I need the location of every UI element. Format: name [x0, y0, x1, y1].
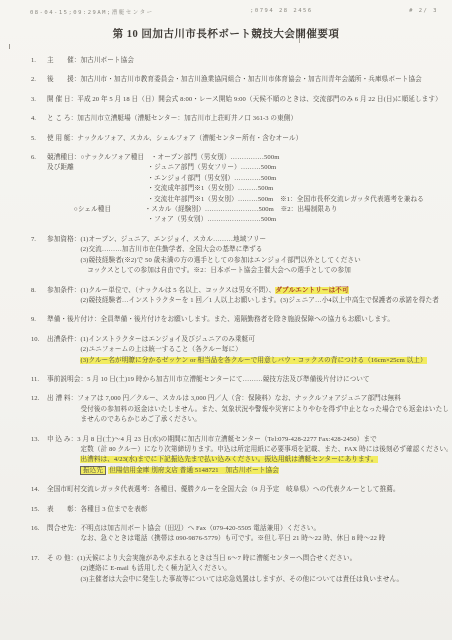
item-line: 問合せ先：不明点は加古川ボート協会（田辺）へ Fax（079-420-5505 …	[47, 524, 448, 534]
item-number: 1.	[31, 56, 36, 66]
item-number: 10.	[31, 335, 39, 345]
item-line: 振込先 但陽信用金庫 別府支店 普通 5148721 加古川ボート協会	[47, 466, 448, 476]
item-text: ・交流成年部門※1（男女別）………500m	[47, 185, 273, 192]
highlighted-text: (3)クルー名が明瞭に分かるゼッケン or 相当品を各クルーで用意しバウ・コック…	[80, 357, 426, 364]
highlighted-text: 出漕料は、4/23(水)までに下記振込先まで払い込みください。振込用紙は漕艇セン…	[80, 456, 377, 463]
list-item: 11.事前説明会：5 月 10 日(土)19 時から加古川市立漕艇センターにて……	[0, 375, 448, 385]
item-text	[47, 456, 80, 463]
item-line: 受付後の参加料の返金はいたしません。また、気象状況や警報や災害によりやむを得ず中…	[47, 405, 448, 415]
list-item: 13.申 込 み：3 月 8 日(土)～4 月 23 日(水)の期間に加古川市立…	[0, 435, 448, 477]
item-line: 準備・後片付け：全員準備・後片付けをお願いします。また、遠隔勤務者を除き施設保障…	[47, 315, 448, 325]
item-text: 競漕種目：○ナックルフォア種目 ・オープン部門（男女別）……………500m	[47, 154, 279, 161]
item-number: 16.	[31, 524, 39, 534]
item-line: 参加条件：(1)クルー単位で、（ナックルは 5 名以上、コックスは男女不問）、ダ…	[47, 286, 448, 296]
item-text: (2)交流………加古川市在住勤学者、全国大会の基準に準ずる	[47, 246, 263, 253]
item-line: (3)クルー名が明瞭に分かるゼッケン or 相当品を各クルーで用意しバウ・コック…	[47, 356, 448, 366]
item-line: 開 催 日：平成 20 年 5 月 18 日（日）開会式 8:00・レース開始 …	[47, 95, 448, 105]
item-text: 開 催 日：平成 20 年 5 月 18 日（日）開会式 8:00・レース開始 …	[47, 96, 442, 103]
item-text: 及び距離 ・ジュニア部門（男女フリー）………500m	[47, 164, 276, 171]
fax-header: 08-04-15;09:29AM;漕艇センター ;0794 28 2456 # …	[0, 8, 452, 16]
item-number: 13.	[31, 435, 39, 445]
document-page: 08-04-15;09:29AM;漕艇センター ;0794 28 2456 # …	[0, 0, 452, 640]
item-text: 後 援：加古川市・加古川市教育委員会・加古川漁業協同組合・加古川市体育協会・加古…	[47, 76, 422, 83]
item-number: 9.	[31, 315, 36, 325]
page-title: 第 10 回加古川市長杯ボート競技大会開催要項	[0, 26, 452, 41]
highlighted-text: 但陽信用金庫 別府支店 普通 5148721 加古川ボート協会	[108, 467, 279, 474]
list-item: 16.問合せ先：不明点は加古川ボート協会（田辺）へ Fax（079-420-55…	[0, 524, 448, 545]
list-item: 1.主 催：加古川ボート協会	[0, 56, 448, 66]
item-text: (3)競技経験者(※2)で 50 歳未満の方の選手としての参加はエンジョイ部門以…	[47, 257, 361, 264]
item-line: ・フォア（男女別）……………………500m	[47, 215, 448, 225]
item-line: ませんのであらかじめご了承ください。	[47, 415, 448, 425]
item-line: (2)競技経験者…インストラクターを 1 回／1 人以上お願いします。(3)ジュ…	[47, 296, 448, 306]
item-number: 15.	[31, 505, 39, 515]
item-text: 参加資格：(1)オープン、ジュニア、エンジョイ、スカル………地域フリー	[47, 236, 266, 243]
list-item: 5.使 用 艇：ナックルフォア、スカル、シェルフォア（漕艇センター所有・含むオー…	[0, 134, 448, 144]
item-line: 及び距離 ・ジュニア部門（男女フリー）………500m	[47, 163, 448, 173]
item-text	[47, 467, 80, 474]
item-line: ・交流成年部門※1（男女別）………500m	[47, 184, 448, 194]
item-number: 11.	[31, 375, 39, 385]
item-line: 後 援：加古川市・加古川市教育委員会・加古川漁業協同組合・加古川市体育協会・加古…	[47, 75, 448, 85]
item-text: そ の 他：(1)天候により大会実施があやぶまれるときは当日 6～7 時に漕艇セ…	[47, 555, 356, 562]
item-number: 4.	[31, 114, 36, 124]
item-text	[47, 357, 80, 364]
item-number: 7.	[31, 235, 36, 245]
item-text: ・フォア（男女別）……………………500m	[47, 216, 276, 223]
item-line: ・交流壮年部門※1（男女別）………500m ※1：全国市長杯交流レガッタ代表選考…	[47, 195, 448, 205]
item-line: 使 用 艇：ナックルフォア、スカル、シェルフォア（漕艇センター所有・含むオール）	[47, 134, 448, 144]
item-text: (2)連絡に E-mail も活用したく極力記入ください。	[47, 565, 231, 572]
item-text: ・交流壮年部門※1（男女別）………500m ※1：全国市長杯交流レガッタ代表選考…	[47, 196, 424, 203]
item-number: 12.	[31, 394, 39, 404]
list-item: 3.開 催 日：平成 20 年 5 月 18 日（日）開会式 8:00・レース開…	[0, 95, 448, 105]
item-text: 受付後の参加料の返金はいたしません。また、気象状況や警報や災害によりやむを得ず中…	[47, 406, 448, 413]
list-item: 6.競漕種目：○ナックルフォア種目 ・オープン部門（男女別）……………500m及…	[0, 153, 448, 226]
item-line: 競漕種目：○ナックルフォア種目 ・オープン部門（男女別）……………500m	[47, 153, 448, 163]
item-number: 5.	[31, 134, 36, 144]
item-text: 全国市町村交流レガッタ代表選考：各種目、優勝クルーを全国大会（9 月予定 岐阜県…	[47, 486, 400, 493]
list-item: 4.と こ ろ：加古川市立漕艇場（漕艇センター：加古川市上荘町井ノ口 361-3…	[0, 114, 448, 124]
fax-number: ;0794 28 2456	[250, 8, 313, 16]
item-line: コックスとしての参加は自由です。※2：日本ボート協会主催大会への選手としての参加	[47, 266, 448, 276]
items-list: 1.主 催：加古川ボート協会2.後 援：加古川市・加古川市教育委員会・加古川漁業…	[0, 56, 448, 594]
list-item: 14.全国市町村交流レガッタ代表選考：各種目、優勝クルーを全国大会（9 月予定 …	[0, 485, 448, 495]
item-text: 参加条件：(1)クルー単位で、（ナックルは 5 名以上、コックスは男女不問）、	[47, 287, 275, 294]
list-item: 9.準備・後片付け：全員準備・後片付けをお願いします。また、遠隔勤務者を除き施設…	[0, 315, 448, 325]
item-line: そ の 他：(1)天候により大会実施があやぶまれるときは当日 6～7 時に漕艇セ…	[47, 554, 448, 564]
item-text: 事前説明会：5 月 10 日(土)19 時から加古川市立漕艇センターにて………競…	[47, 376, 370, 383]
item-text: 定数（計 80 クルー）になり次第締切ります。申込は所定用紙に必要事項を記載、ま…	[47, 446, 448, 453]
fax-timestamp: 08-04-15;09:29AM;漕艇センター	[30, 8, 154, 16]
item-line: 事前説明会：5 月 10 日(土)19 時から加古川市立漕艇センターにて………競…	[47, 375, 448, 385]
item-text: 表 彰：各種目 3 位までを表彰	[47, 506, 148, 513]
item-text: ・エンジョイ部門（男女別）…………500m	[47, 175, 276, 182]
fax-page-count: # 2/ 3	[409, 8, 438, 16]
item-line: ○シェル種目 ・スカル（経験別）……………………500m ※2：出場制限あり	[47, 205, 448, 215]
item-text: (3)主催者は大会中に発生した事故等については応急処置はしますが、その他について…	[47, 576, 403, 583]
item-number: 2.	[31, 75, 36, 85]
item-text: 出 漕 料：フォアは 7,000 円／クルー、スカルは 3,000 円／人（含：…	[47, 395, 401, 402]
scan-artifact	[9, 44, 10, 49]
item-text: コックスとしての参加は自由です。※2：日本ボート協会主催大会への選手としての参加	[47, 267, 351, 274]
list-item: 8.参加条件：(1)クルー単位で、（ナックルは 5 名以上、コックスは男女不問）…	[0, 286, 448, 307]
item-line: 表 彰：各種目 3 位までを表彰	[47, 505, 448, 515]
item-line: 出 漕 料：フォアは 7,000 円／クルー、スカルは 3,000 円／人（含：…	[47, 394, 448, 404]
list-item: 7.参加資格：(1)オープン、ジュニア、エンジョイ、スカル………地域フリー (2…	[0, 235, 448, 277]
item-line: 全国市町村交流レガッタ代表選考：各種目、優勝クルーを全国大会（9 月予定 岐阜県…	[47, 485, 448, 495]
item-line: 申 込 み：3 月 8 日(土)～4 月 23 日(水)の期間に加古川市立漕艇セ…	[47, 435, 448, 445]
item-text: 問合せ先：不明点は加古川ボート協会（田辺）へ Fax（079-420-5505 …	[47, 525, 320, 532]
item-line: 出漕条件：(1)インストラクターはエンジョイ及びジュニアのみ乗艇可	[47, 335, 448, 345]
list-item: 15.表 彰：各種目 3 位までを表彰	[0, 505, 448, 515]
item-text: ○シェル種目 ・スカル（経験別）……………………500m ※2：出場制限あり	[47, 206, 338, 213]
item-number: 14.	[31, 485, 39, 495]
list-item: 12.出 漕 料：フォアは 7,000 円／クルー、スカルは 3,000 円／人…	[0, 394, 448, 425]
item-line: 定数（計 80 クルー）になり次第締切ります。申込は所定用紙に必要事項を記載、ま…	[47, 445, 448, 455]
item-line: ・エンジョイ部門（男女別）…………500m	[47, 174, 448, 184]
item-text: 準備・後片付け：全員準備・後片付けをお願いします。また、遠隔勤務者を除き施設保障…	[47, 316, 394, 323]
item-text: と こ ろ：加古川市立漕艇場（漕艇センター：加古川市上荘町井ノ口 361-3 の…	[47, 115, 297, 122]
item-number: 3.	[31, 95, 36, 105]
item-line: (3)競技経験者(※2)で 50 歳未満の方の選手としての参加はエンジョイ部門以…	[47, 256, 448, 266]
list-item: 10.出漕条件：(1)インストラクターはエンジョイ及びジュニアのみ乗艇可 (2)…	[0, 335, 448, 366]
item-line: (2)連絡に E-mail も活用したく極力記入ください。	[47, 564, 448, 574]
item-text: なお、急ぐときは電話（携帯は 090-9876-5779）も可です。※但し平日 …	[47, 535, 386, 542]
item-line: (2)ユニフォームの上は統一すること（各クルー毎に）	[47, 345, 448, 355]
item-line: 参加資格：(1)オープン、ジュニア、エンジョイ、スカル………地域フリー	[47, 235, 448, 245]
item-line: 主 催：加古川ボート協会	[47, 56, 448, 66]
item-number: 8.	[31, 286, 36, 296]
item-text: 主 催：加古川ボート協会	[47, 57, 134, 64]
item-line: なお、急ぐときは電話（携帯は 090-9876-5779）も可です。※但し平日 …	[47, 534, 448, 544]
list-item: 2.後 援：加古川市・加古川市教育委員会・加古川漁業協同組合・加古川市体育協会・…	[0, 75, 448, 85]
item-line: 出漕料は、4/23(水)までに下記振込先まで払い込みください。振込用紙は漕艇セン…	[47, 455, 448, 465]
item-number: 17.	[31, 554, 39, 564]
item-text: ませんのであらかじめご了承ください。	[47, 416, 201, 423]
item-text: 出漕条件：(1)インストラクターはエンジョイ及びジュニアのみ乗艇可	[47, 336, 255, 343]
item-number: 6.	[31, 153, 36, 163]
item-line: と こ ろ：加古川市立漕艇場（漕艇センター：加古川市上荘町井ノ口 361-3 の…	[47, 114, 448, 124]
highlighted-text: ダブルエントリーは不可	[275, 287, 348, 294]
item-text: 申 込 み：3 月 8 日(土)～4 月 23 日(水)の期間に加古川市立漕艇セ…	[47, 436, 377, 443]
boxed-label: 振込先	[80, 466, 105, 475]
item-text: 使 用 艇：ナックルフォア、スカル、シェルフォア（漕艇センター所有・含むオール）	[47, 135, 302, 142]
list-item: 17.そ の 他：(1)天候により大会実施があやぶまれるときは当日 6～7 時に…	[0, 554, 448, 585]
item-text: (2)ユニフォームの上は統一すること（各クルー毎に）	[47, 346, 242, 353]
item-text: (2)競技経験者…インストラクターを 1 回／1 人以上お願いします。(3)ジュ…	[47, 297, 439, 304]
item-line: (3)主催者は大会中に発生した事故等については応急処置はしますが、その他について…	[47, 575, 448, 585]
item-line: (2)交流………加古川市在住勤学者、全国大会の基準に準ずる	[47, 245, 448, 255]
